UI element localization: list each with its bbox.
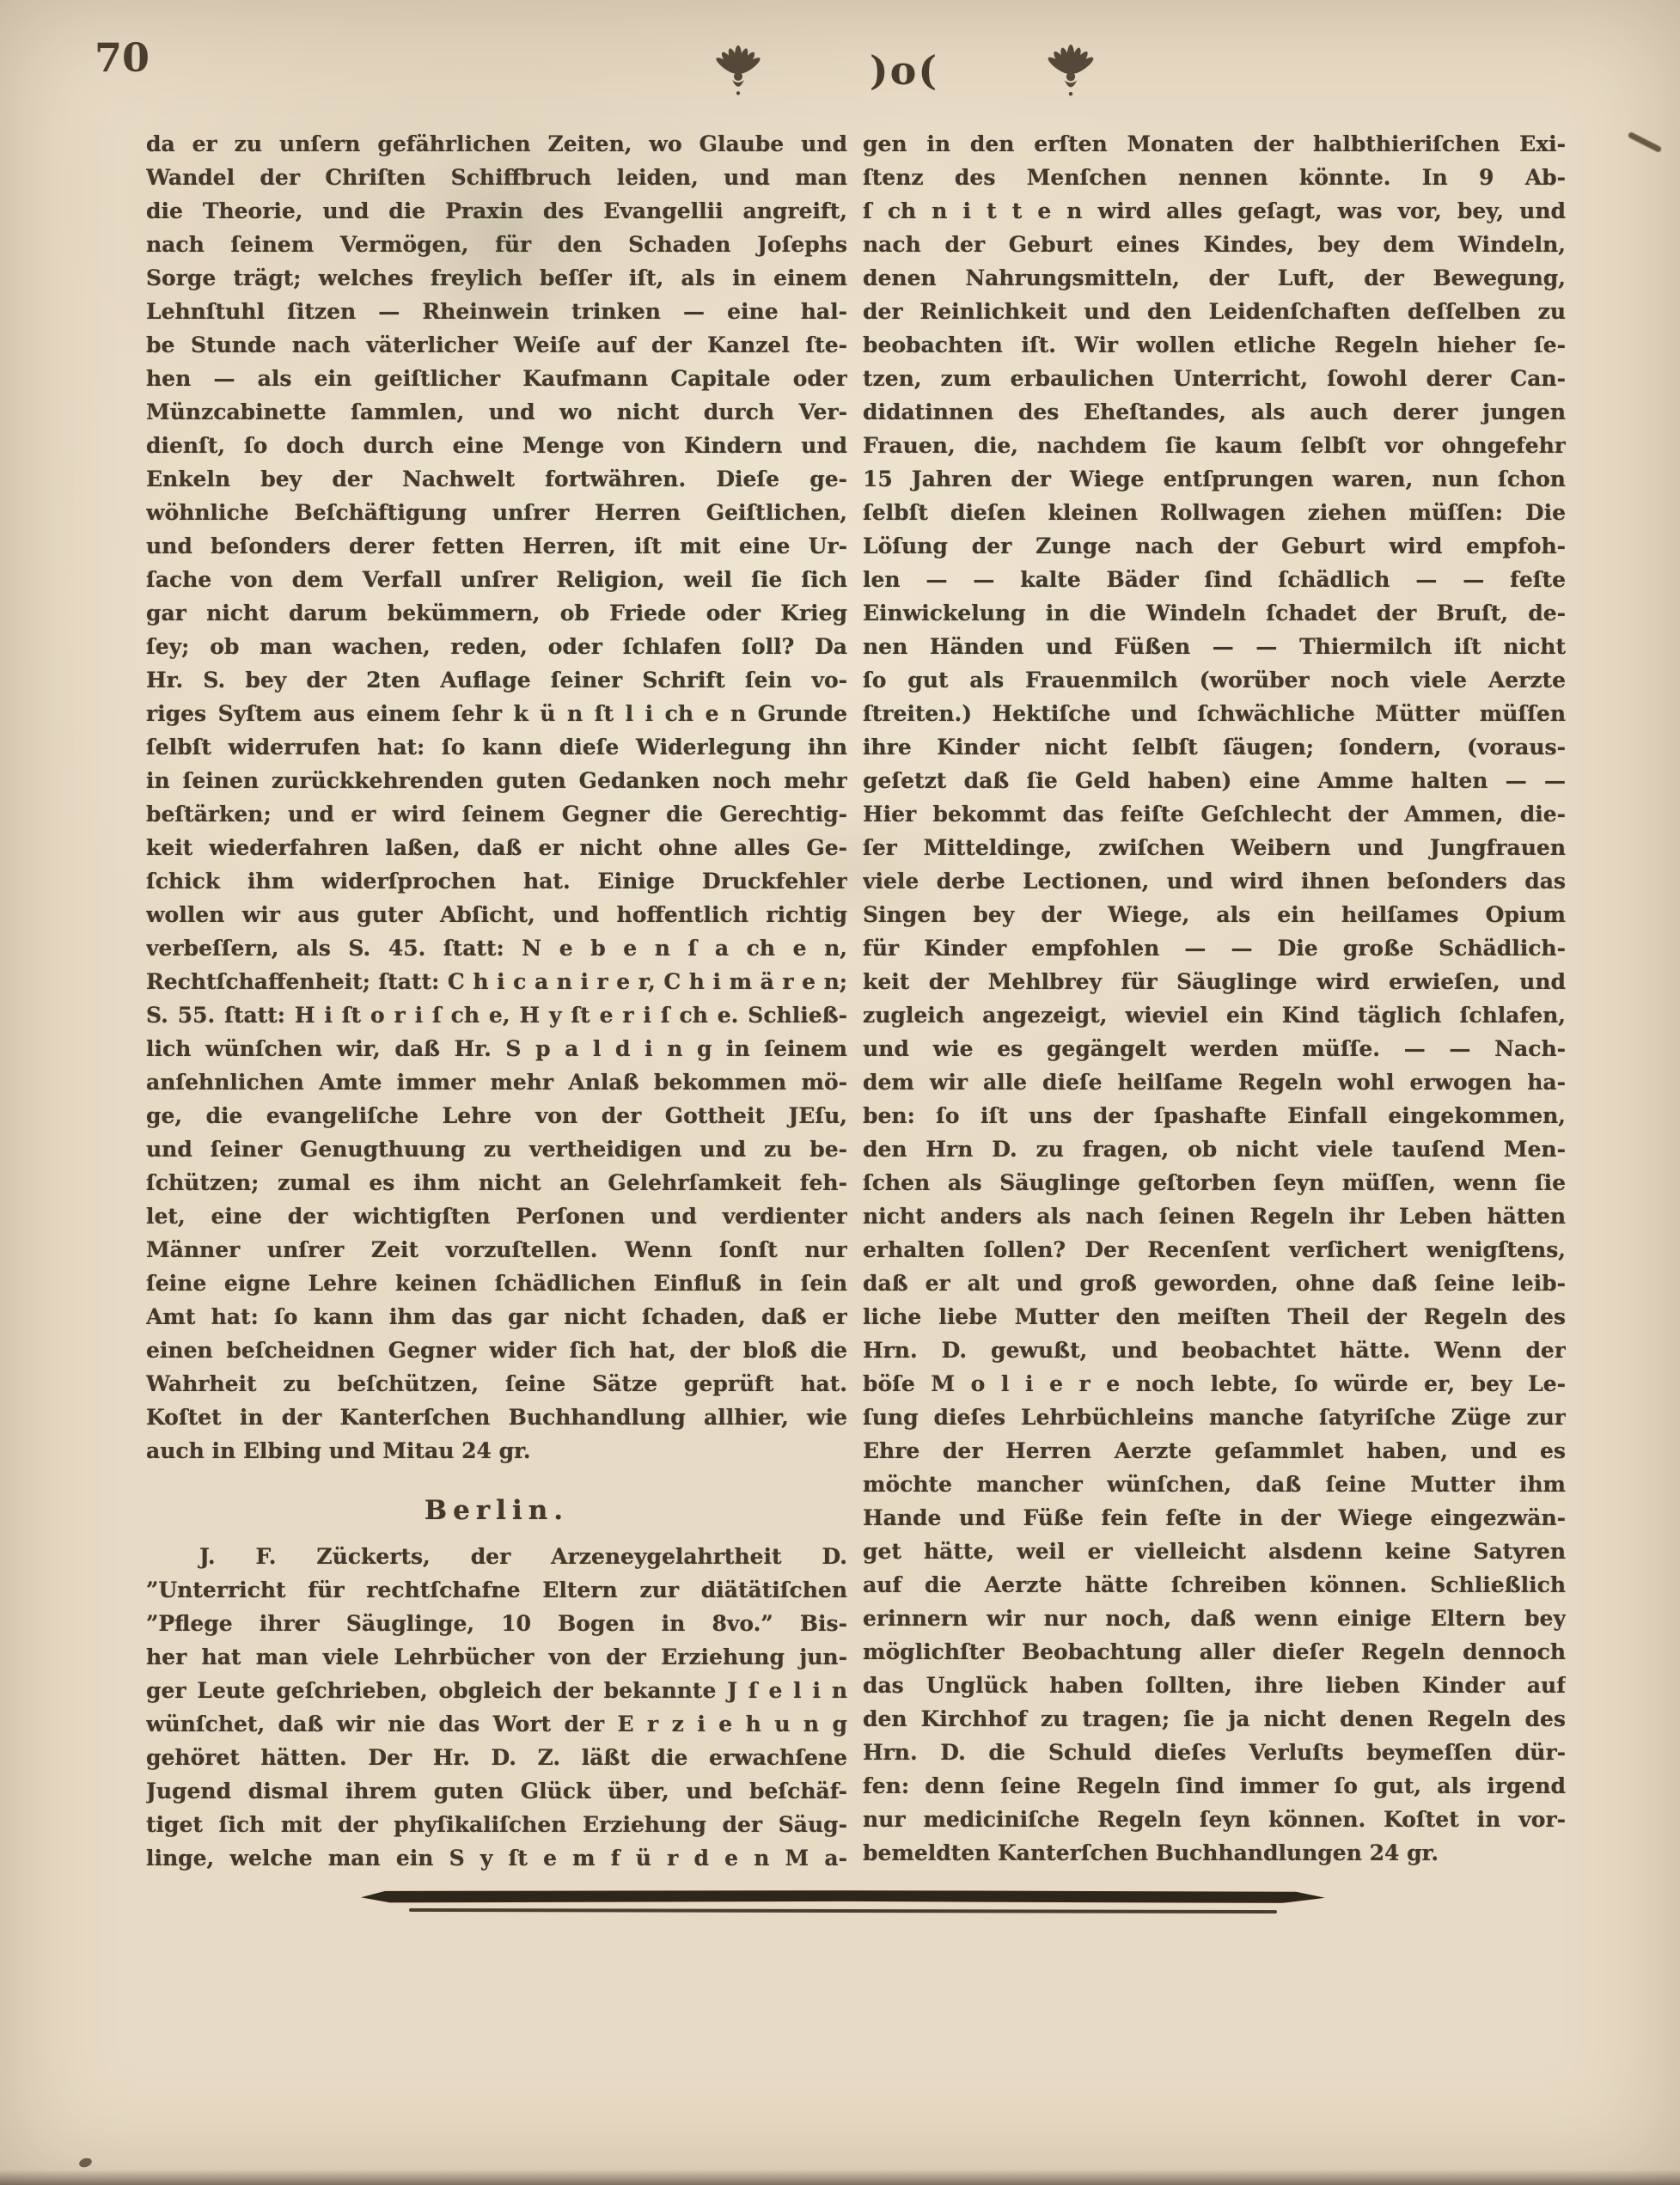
text-line: ben: ſo iſt uns der ſpashafte Einfall ei… xyxy=(863,1099,1566,1132)
text-line: gar nicht darum bekümmern, ob Friede ode… xyxy=(146,596,847,630)
text-line: viele derbe Lectionen, und wird ihnen be… xyxy=(863,864,1566,898)
text-line: 15 Jahren der Wiege entſprungen waren, n… xyxy=(863,462,1566,496)
text-line: in ſeinen zurückkehrenden guten Gedanken… xyxy=(146,764,847,797)
text-line: auch in Elbing und Mitau 24 gr. xyxy=(146,1434,847,1468)
pen-stroke-mark xyxy=(1628,131,1663,153)
text-line: ſer Mitteldinge, zwiſchen Weibern und Ju… xyxy=(863,831,1566,864)
text-line: Koſtet in der Kanterſchen Buchhandlung a… xyxy=(146,1401,847,1434)
text-line: gehöret hätten. Der Hr. D. Z. läßt die e… xyxy=(146,1741,847,1774)
text-line: der Reinlichkeit und den Leidenſchaften … xyxy=(863,295,1566,328)
text-line: wünſchet, daß wir nie das Wort der E r z… xyxy=(146,1707,847,1741)
text-line: Löſung der Zunge nach der Geburt wird em… xyxy=(863,529,1566,563)
end-rule-thin-bar xyxy=(409,1908,1277,1913)
text-line: get hätte, weil er vielleicht alsdenn ke… xyxy=(863,1535,1566,1568)
text-line: Frauen, die, nachdem ſie kaum ſelbſt vor… xyxy=(863,429,1566,462)
text-line: bemeldten Kanterſchen Buchhandlungen 24 … xyxy=(863,1836,1566,1870)
text-line: und wie es gegängelt werden müſſe. — — N… xyxy=(863,1032,1566,1065)
text-line: her hat man viele Lehrbücher von der Erz… xyxy=(146,1640,847,1674)
text-line: Hande und Füße fein feſte in der Wiege e… xyxy=(863,1501,1566,1535)
text-line: wollen wir aus guter Abſicht, und hoffen… xyxy=(146,898,847,931)
text-line: den Hrn D. zu fragen, ob nicht viele tau… xyxy=(863,1132,1566,1166)
text-line: wöhnliche Beſchäftigung unſrer Herren Ge… xyxy=(146,496,847,529)
text-line: nur mediciniſche Regeln ſeyn können. Koſ… xyxy=(863,1803,1566,1836)
shell-ornament-icon xyxy=(1043,42,1098,99)
header-separator: )o( xyxy=(870,47,938,94)
review-1-text: da er zu unſern gefährlichen Zeiten, wo … xyxy=(146,127,847,1468)
text-line: ge, die evangeliſche Lehre von der Gotth… xyxy=(146,1099,847,1132)
text-line: Wandel der Chriſten Schiffbruch leiden, … xyxy=(146,161,847,194)
text-line: ”Pflege ihrer Säuglinge, 10 Bogen in 8vo… xyxy=(146,1607,847,1640)
text-line: ”Unterricht für rechtſchafne Eltern zur … xyxy=(146,1573,847,1607)
text-line: dem wir alle dieſe heilſame Regeln wohl … xyxy=(863,1065,1566,1099)
text-line: das Unglück haben ſollten, ihre lieben K… xyxy=(863,1669,1566,1702)
text-line: tzen, zum erbaulichen Unterricht, ſowohl… xyxy=(863,362,1566,395)
page-number: 70 xyxy=(95,34,150,81)
scan-edge-shadow xyxy=(0,2170,1680,2185)
text-line: Jugend dismal ihrem guten Glück über, un… xyxy=(146,1774,847,1808)
review-2-text: J. F. Zückerts, der Arzeneygelahrtheit D… xyxy=(146,1540,847,1875)
text-line: Rechtſchaffenheit; ſtatt: C h i c a n i … xyxy=(146,965,847,998)
text-line: ſeine eigne Lehre keinen ſchädlichen Ein… xyxy=(146,1266,847,1300)
text-line: ſtreiten.) Hektiſche und ſchwächliche Mü… xyxy=(863,697,1566,730)
right-column: gen in den erſten Monaten der halbthieri… xyxy=(863,127,1566,1870)
text-line: ſey; ob man wachen, reden, oder ſchlafen… xyxy=(146,630,847,663)
section-heading-berlin: Berlin. xyxy=(146,1492,847,1529)
text-line: J. F. Zückerts, der Arzeneygelahrtheit D… xyxy=(146,1540,847,1573)
text-line: und beſonders derer fetten Herren, iſt m… xyxy=(146,529,847,563)
text-line: Hrn. D. die Schuld dieſes Verluſts beyme… xyxy=(863,1736,1566,1769)
shell-ornament-icon xyxy=(712,43,765,98)
text-line: ſchen als Säuglinge geſtorben ſeyn müſſe… xyxy=(863,1166,1566,1199)
text-line: nen Händen und Füßen — — Thiermilch iſt … xyxy=(863,630,1566,663)
text-line: riges Syſtem aus einem ſehr k ü n ſt l i… xyxy=(146,697,847,730)
text-line: Einwickelung in die Windeln ſchadet der … xyxy=(863,596,1566,630)
text-line: beſtärken; und er wird ſeinem Gegner die… xyxy=(146,797,847,831)
text-line: Wahrheit zu beſchützen, ſeine Sätze gepr… xyxy=(146,1367,847,1401)
text-line: ihre Kinder nicht ſelbſt ſäugen; ſondern… xyxy=(863,730,1566,764)
text-line: möchte mancher wünſchen, daß ſeine Mutte… xyxy=(863,1468,1566,1501)
text-line: keit der Mehlbrey für Säuglinge wird erw… xyxy=(863,965,1566,998)
text-line: ſchützen; zumal es ihm nicht an Gelehrſa… xyxy=(146,1166,847,1199)
text-line: und ſeiner Genugthuung zu vertheidigen u… xyxy=(146,1132,847,1166)
text-line: Münzcabinette ſammlen, und wo nicht durc… xyxy=(146,395,847,429)
text-line: nach der Geburt eines Kindes, bey dem Wi… xyxy=(863,228,1566,261)
text-line: didatinnen des Eheſtandes, als auch dere… xyxy=(863,395,1566,429)
text-line: Sorge trägt; welches freylich beſſer iſt… xyxy=(146,261,847,295)
text-line: Amt hat: ſo kann ihm das gar nicht ſchad… xyxy=(146,1300,847,1334)
text-line: böſe M o l i e r e noch lebte, ſo würde … xyxy=(863,1367,1566,1401)
end-rule xyxy=(361,1890,1325,1913)
text-line: die Theorie, und die Praxin des Evangell… xyxy=(146,194,847,228)
text-line: einen beſcheidnen Gegner wider ſich hat,… xyxy=(146,1334,847,1367)
text-line: ſchick ihm widerſprochen hat. Einige Dru… xyxy=(146,864,847,898)
text-line: dienſt, ſo doch durch eine Menge von Kin… xyxy=(146,429,847,462)
text-line: nach ſeinem Vermögen, für den Schaden Jo… xyxy=(146,228,847,261)
text-line: Lehnſtuhl ſitzen — Rheinwein trinken — e… xyxy=(146,295,847,328)
ink-spot xyxy=(78,2157,93,2169)
text-line: ſung dieſes Lehrbüchleins manche ſatyriſ… xyxy=(863,1401,1566,1434)
text-line: verbeſſern, als S. 45. ſtatt: N e b e n … xyxy=(146,931,847,965)
text-line: ſelbſt dieſen kleinen Rollwagen ziehen m… xyxy=(863,496,1566,529)
text-line: len — — kalte Bäder ſind ſchädlich — — f… xyxy=(863,563,1566,596)
header-ornaments: )o( xyxy=(712,36,1098,105)
text-line: Hier bekommt das feiſte Geſchlecht der A… xyxy=(863,797,1566,831)
text-line: für Kinder empfohlen — — Die große Schäd… xyxy=(863,931,1566,965)
text-line: linge, welche man ein S y ſt e m f ü r d… xyxy=(146,1841,847,1875)
journal-page: 70 )o( xyxy=(0,0,1680,2185)
text-line: den Kirchhof zu tragen; ſie ja nicht den… xyxy=(863,1702,1566,1736)
text-line: erinnern wir nur noch, daß wenn einige E… xyxy=(863,1602,1566,1635)
text-line: let, eine der wichtigſten Perſonen und v… xyxy=(146,1199,847,1233)
text-line: be Stunde nach väterlicher Weiſe auf der… xyxy=(146,328,847,362)
text-line: auf die Aerzte hätte ſchreiben können. S… xyxy=(863,1568,1566,1602)
text-line: gen in den erſten Monaten der halbthieri… xyxy=(863,127,1566,161)
text-line: ſache von dem Verfall unſrer Religion, w… xyxy=(146,563,847,596)
text-line: erhalten ſollen? Der Recenſent verſicher… xyxy=(863,1233,1566,1266)
text-line: Hrn. D. gewußt, und beobachtet hätte. We… xyxy=(863,1334,1566,1367)
text-line: Hr. S. bey der 2ten Auflage ſeiner Schri… xyxy=(146,663,847,697)
text-line: ger Leute geſchrieben, obgleich der beka… xyxy=(146,1674,847,1707)
text-line: liche liebe Mutter den meiſten Theil der… xyxy=(863,1300,1566,1334)
text-line: tiget ſich mit der phyſikaliſchen Erzieh… xyxy=(146,1808,847,1841)
text-line: S. 55. ſtatt: H i ſt o r i ſ ch e, H y ſ… xyxy=(146,998,847,1032)
text-line: geſetzt daß ſie Geld haben) eine Amme ha… xyxy=(863,764,1566,797)
text-line: Enkeln bey der Nachwelt fortwähren. Dieſ… xyxy=(146,462,847,496)
text-line: ſtenz des Menſchen nennen könnte. In 9 A… xyxy=(863,161,1566,194)
text-line: daß er alt und groß geworden, ohne daß ſ… xyxy=(863,1266,1566,1300)
text-line: anſehnlichen Amte immer mehr Anlaß bekom… xyxy=(146,1065,847,1099)
text-line: da er zu unſern gefährlichen Zeiten, wo … xyxy=(146,127,847,161)
text-line: Ehre der Herren Aerzte geſammlet haben, … xyxy=(863,1434,1566,1468)
text-line: nicht anders als nach ſeinen Regeln ihr … xyxy=(863,1199,1566,1233)
text-line: möglichſter Beobachtung aller dieſer Reg… xyxy=(863,1635,1566,1669)
text-line: lich wünſchen wir, daß Hr. S p a l d i n… xyxy=(146,1032,847,1065)
text-line: ſelbſt widerrufen hat: ſo kann dieſe Wid… xyxy=(146,730,847,764)
left-column: da er zu unſern gefährlichen Zeiten, wo … xyxy=(146,127,847,1875)
text-line: fen: denn ſeine Regeln ſind immer ſo gut… xyxy=(863,1769,1566,1803)
text-line: hen — als ein geiſtlicher Kaufmann Capit… xyxy=(146,362,847,395)
text-line: keit wiederfahren laßen, daß er nicht oh… xyxy=(146,831,847,864)
text-line: ſ ch n i t t e n wird alles geſagt, was … xyxy=(863,194,1566,228)
text-line: ſo gut als Frauenmilch (worüber noch vie… xyxy=(863,663,1566,697)
text-line: zugleich angezeigt, wieviel ein Kind täg… xyxy=(863,998,1566,1032)
end-rule-thick-bar xyxy=(361,1890,1325,1903)
text-line: Männer unſrer Zeit vorzuſtellen. Wenn ſo… xyxy=(146,1233,847,1266)
text-line: beobachten iſt. Wir wollen etliche Regel… xyxy=(863,328,1566,362)
text-line: denen Nahrungsmitteln, der Luft, der Bew… xyxy=(863,261,1566,295)
text-line: Singen bey der Wiege, als ein heilſames … xyxy=(863,898,1566,931)
